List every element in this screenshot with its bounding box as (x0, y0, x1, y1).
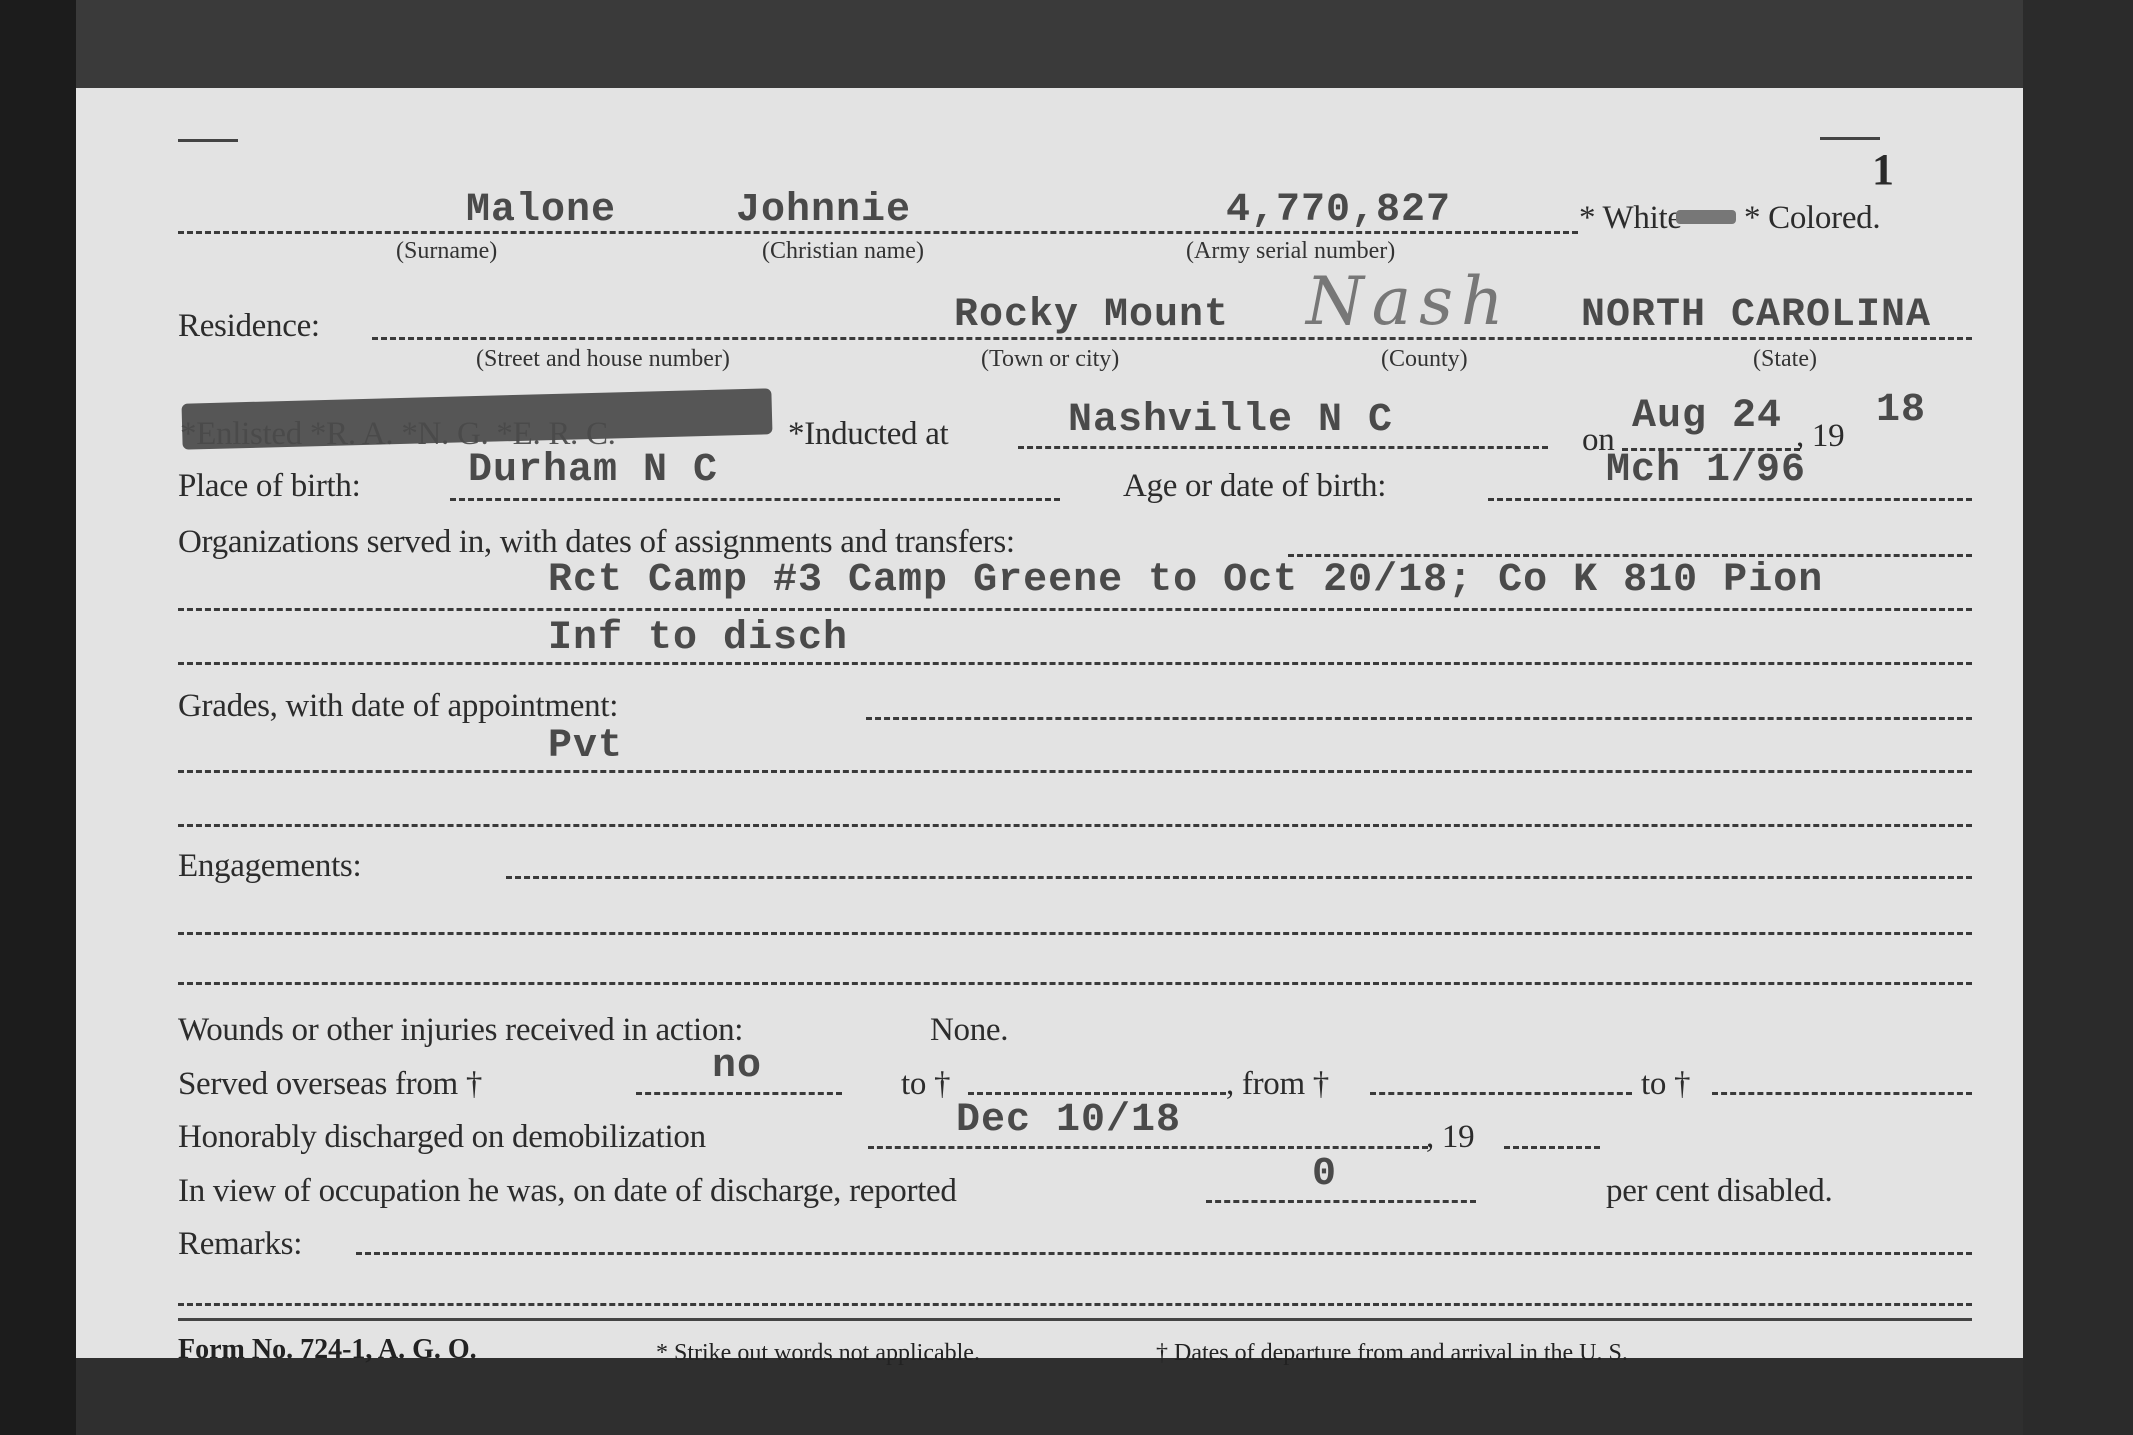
strikeout-redaction (181, 388, 772, 449)
engagements-line-1 (178, 932, 1972, 935)
serial-number-label: (Army serial number) (1186, 238, 1395, 265)
name-line (178, 231, 1578, 234)
overseas-from2-label: , from † (1226, 1066, 1329, 1103)
white-strikeout-mark (1676, 210, 1736, 224)
overseas-to-label: to † (901, 1066, 950, 1103)
wounds-value: None. (930, 1012, 1008, 1049)
top-right-rule (1820, 137, 1880, 140)
grades-line-1 (178, 770, 1972, 773)
remarks-line-0 (356, 1252, 1972, 1255)
grades-value: Pvt (548, 724, 623, 769)
engagements-line-2 (178, 982, 1972, 985)
engagements-line-0 (506, 876, 1972, 879)
christian-name-value: Johnnie (736, 188, 911, 233)
inducted-at-label: *Inducted at (788, 416, 948, 453)
scan-background-top (76, 0, 2133, 88)
race-option-white: * White (1579, 200, 1682, 237)
footnote-dates: † Dates of departure from and arrival in… (1156, 1340, 1628, 1367)
organizations-label: Organizations served in, with dates of a… (178, 524, 1015, 561)
surname-label: (Surname) (396, 238, 497, 265)
discharge-label: Honorably discharged on demobilization (178, 1119, 706, 1156)
town-label: (Town or city) (981, 346, 1119, 373)
inducted-place-value: Nashville N C (1068, 398, 1393, 443)
age-label: Age or date of birth: (1123, 468, 1386, 505)
place-of-birth-label: Place of birth: (178, 468, 360, 505)
christian-name-label: (Christian name) (762, 238, 924, 265)
overseas-from-line (636, 1092, 842, 1095)
serial-number-value: 4,770,827 (1226, 188, 1451, 233)
discharge-year-line (1504, 1146, 1600, 1149)
residence-county-value: Nash (1306, 263, 1511, 340)
service-record-card: 1 Malone Johnnie 4,770,827 * White * Col… (76, 88, 2023, 1358)
disability-suffix: per cent disabled. (1606, 1173, 1832, 1210)
overseas-to-line (968, 1092, 1226, 1095)
date-of-birth-line (1488, 498, 1972, 501)
organizations-line2-value: Inf to disch (548, 616, 848, 661)
overseas-to2-line (1712, 1092, 1972, 1095)
residence-label: Residence: (178, 308, 320, 345)
overseas-from2-line (1370, 1092, 1632, 1095)
county-label: (County) (1381, 346, 1468, 373)
engagements-label: Engagements: (178, 848, 361, 885)
organizations-line-0 (1288, 554, 1972, 557)
date-of-birth-value: Mch 1/96 (1606, 448, 1806, 493)
wounds-label: Wounds or other injuries received in act… (178, 1012, 743, 1049)
footnote-strike-out: * Strike out words not applicable. (656, 1340, 980, 1367)
overseas-to2-label: to † (1641, 1066, 1690, 1103)
race-option-colored: * Colored. (1744, 200, 1880, 237)
remarks-line-1 (178, 1303, 1972, 1306)
residence-town-value: Rocky Mount (954, 293, 1229, 338)
discharge-date-line (868, 1146, 1428, 1149)
remarks-label: Remarks: (178, 1226, 302, 1263)
scan-background-left (0, 0, 76, 1435)
inducted-year-value: 18 (1876, 388, 1926, 433)
surname-value: Malone (466, 188, 616, 233)
discharge-year-label: , 19 (1426, 1119, 1474, 1156)
place-of-birth-line (450, 498, 1060, 501)
footer-rule (178, 1318, 1972, 1321)
page-number: 1 (1872, 144, 1894, 195)
state-label: (State) (1753, 346, 1817, 373)
organizations-line-1 (178, 608, 1972, 611)
scan-background-right (2023, 0, 2133, 1435)
grades-label: Grades, with date of appointment: (178, 688, 618, 725)
residence-state-value: NORTH CAROLINA (1581, 293, 1931, 338)
overseas-from-label: Served overseas from † (178, 1066, 482, 1103)
overseas-from-value: no (712, 1044, 762, 1089)
discharge-date-value: Dec 10/18 (956, 1098, 1181, 1143)
disability-line (1206, 1200, 1476, 1203)
organizations-line-2 (178, 662, 1972, 665)
grades-line-0 (866, 717, 1972, 720)
disability-label: In view of occupation he was, on date of… (178, 1173, 957, 1210)
grades-line-2 (178, 824, 1972, 827)
top-left-rule (178, 139, 238, 142)
inducted-place-line (1018, 446, 1548, 449)
organizations-line1-value: Rct Camp #3 Camp Greene to Oct 20/18; Co… (548, 558, 1823, 603)
street-label: (Street and house number) (476, 346, 730, 373)
disability-value: 0 (1312, 1152, 1337, 1197)
form-number: Form No. 724-1, A. G. O. (178, 1334, 477, 1366)
place-of-birth-value: Durham N C (468, 448, 718, 493)
inducted-date-value: Aug 24 (1632, 394, 1782, 439)
